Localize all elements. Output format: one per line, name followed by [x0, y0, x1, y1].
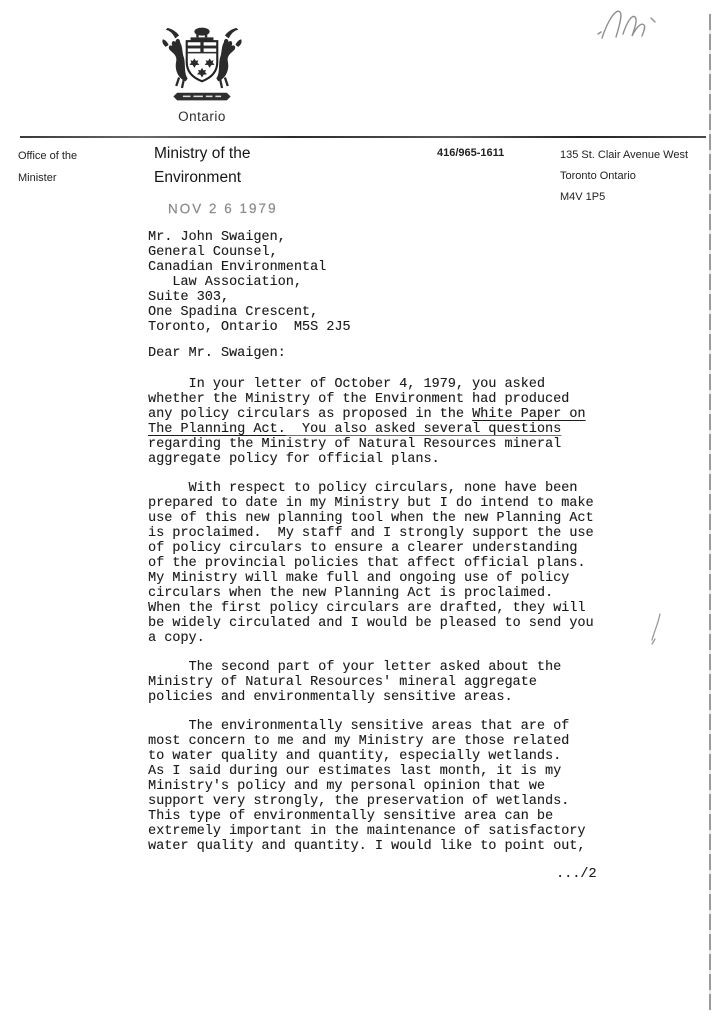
typed-line: water quality and quantity. I would like… — [148, 839, 628, 854]
page-continuation-marker: .../2 — [556, 867, 597, 882]
ontario-wordmark: Ontario — [150, 109, 254, 124]
typed-line: extremely important in the maintenance o… — [148, 824, 628, 839]
paragraph: In your letter of October 4, 1979, you a… — [148, 377, 628, 467]
typed-text: With respect to policy circulars, none h… — [148, 481, 577, 496]
paragraph: With respect to policy circulars, none h… — [148, 481, 628, 646]
letter-body: Mr. John Swaigen, General Counsel, Canad… — [148, 230, 628, 868]
typed-line: regarding the Ministry of Natural Resour… — [148, 437, 628, 452]
typed-text: any policy circulars as proposed in the — [148, 407, 472, 422]
typed-line: support very strongly, the preservation … — [148, 794, 628, 809]
pen-scribble-icon — [596, 4, 672, 50]
typed-line: of policy circulars to ensure a clearer … — [148, 541, 628, 556]
ministry-name-line2: Environment — [154, 166, 250, 190]
typed-text: policies and environmentally sensitive a… — [148, 690, 513, 705]
typed-text: This type of environmentally sensitive a… — [148, 809, 553, 824]
typed-text: to water quality and quantity, especiall… — [148, 749, 561, 764]
typed-text: regarding the Ministry of Natural Resour… — [148, 437, 561, 452]
typed-line: With respect to policy circulars, none h… — [148, 481, 628, 496]
typed-line: Ministry's policy and my personal opinio… — [148, 779, 628, 794]
paragraph: The second part of your letter asked abo… — [148, 660, 628, 705]
typed-line: prepared to date in my Ministry but I do… — [148, 496, 628, 511]
pen-tick-icon — [648, 612, 666, 652]
typed-line: The second part of your letter asked abo… — [148, 660, 628, 675]
typed-text: water quality and quantity. I would like… — [148, 839, 585, 854]
typed-text: a copy. — [148, 631, 205, 646]
typed-line: to water quality and quantity, especiall… — [148, 749, 628, 764]
typed-line: a copy. — [148, 631, 628, 646]
typed-line: aggregate policy for official plans. — [148, 452, 628, 467]
typed-text: In your letter of October 4, 1979, you a… — [148, 377, 545, 392]
typed-line: This type of environmentally sensitive a… — [148, 809, 628, 824]
letterhead-address-line3: M4V 1P5 — [560, 187, 688, 208]
typed-text: is proclaimed. My staff and I strongly s… — [148, 526, 594, 541]
typed-line: The environmentally sensitive areas that… — [148, 719, 628, 734]
typed-text: The second part of your letter asked abo… — [148, 660, 561, 675]
letter-paragraphs: In your letter of October 4, 1979, you a… — [148, 377, 628, 854]
typed-text: of policy circulars to ensure a clearer … — [148, 541, 577, 556]
recipient-line: Suite 303, — [148, 290, 628, 305]
typed-text: of the provincial policies that affect o… — [148, 556, 585, 571]
typed-text: most concern to me and my Ministry are t… — [148, 734, 569, 749]
office-label-line2: Minister — [18, 167, 77, 189]
typed-line: be widely circulated and I would be plea… — [148, 616, 628, 631]
underlined-text: The Planning Act. — [148, 422, 286, 437]
typed-text: whether the Ministry of the Environment … — [148, 392, 569, 407]
letterhead-logo: Ontario — [150, 24, 254, 124]
typed-text: When the first policy circulars are draf… — [148, 601, 585, 616]
typed-text: Ministry's policy and my personal opinio… — [148, 779, 545, 794]
letterhead-rule — [20, 136, 706, 138]
recipient-line: Canadian Environmental — [148, 260, 628, 275]
office-label: Office of the Minister — [18, 145, 77, 189]
typed-text: prepared to date in my Ministry but I do… — [148, 496, 594, 511]
typed-line: In your letter of October 4, 1979, you a… — [148, 377, 628, 392]
typed-text: extremely important in the maintenance o… — [148, 824, 585, 839]
typed-text: aggregate policy for official plans. — [148, 452, 440, 467]
ontario-coat-of-arms-icon — [154, 24, 250, 108]
typed-text: support very strongly, the preservation … — [148, 794, 569, 809]
typed-line: The Planning Act. You also asked several… — [148, 422, 628, 437]
letterhead-address-line2: Toronto Ontario — [560, 166, 688, 187]
typed-text: use of this new planning tool when the n… — [148, 511, 594, 526]
typed-line: As I said during our estimates last mont… — [148, 764, 628, 779]
underlined-text: White Paper on — [472, 407, 585, 422]
typed-line: most concern to me and my Ministry are t… — [148, 734, 628, 749]
typed-line: any policy circulars as proposed in the … — [148, 407, 628, 422]
recipient-line: One Spadina Crescent, — [148, 305, 628, 320]
scanned-letter-page: Ontario Office of the Minister Ministry … — [0, 0, 724, 1024]
salutation: Dear Mr. Swaigen: — [148, 346, 628, 361]
letterhead-address: 135 St. Clair Avenue West Toronto Ontari… — [560, 145, 688, 208]
scan-edge-line — [709, 14, 711, 1010]
recipient-line: Mr. John Swaigen, — [148, 230, 628, 245]
ministry-name: Ministry of the Environment — [154, 142, 250, 190]
recipient-line: General Counsel, — [148, 245, 628, 260]
typed-line: When the first policy circulars are draf… — [148, 601, 628, 616]
typed-text: Ministry of Natural Resources' mineral a… — [148, 675, 537, 690]
recipient-line: Toronto, Ontario M5S 2J5 — [148, 320, 628, 335]
typed-text: The environmentally sensitive areas that… — [148, 719, 569, 734]
typed-text: circulars when the new Planning Act is p… — [148, 586, 553, 601]
typed-line: Ministry of Natural Resources' mineral a… — [148, 675, 628, 690]
typed-line: is proclaimed. My staff and I strongly s… — [148, 526, 628, 541]
typed-line: My Ministry will make full and ongoing u… — [148, 571, 628, 586]
typed-line: whether the Ministry of the Environment … — [148, 392, 628, 407]
phone-number: 416/965-1611 — [437, 147, 504, 159]
typed-line: use of this new planning tool when the n… — [148, 511, 628, 526]
recipient-line: Law Association, — [148, 275, 628, 290]
date-stamp: NOV 2 6 1979 — [168, 201, 278, 217]
office-label-line1: Office of the — [18, 145, 77, 167]
typed-text: My Ministry will make full and ongoing u… — [148, 571, 569, 586]
underlined-text: You also asked several questions — [286, 422, 561, 437]
recipient-address: Mr. John Swaigen, General Counsel, Canad… — [148, 230, 628, 335]
typed-text: As I said during our estimates last mont… — [148, 764, 561, 779]
typed-line: policies and environmentally sensitive a… — [148, 690, 628, 705]
typed-line: of the provincial policies that affect o… — [148, 556, 628, 571]
ministry-name-line1: Ministry of the — [154, 142, 250, 166]
letterhead-address-line1: 135 St. Clair Avenue West — [560, 145, 688, 166]
typed-line: circulars when the new Planning Act is p… — [148, 586, 628, 601]
paragraph: The environmentally sensitive areas that… — [148, 719, 628, 854]
typed-text: be widely circulated and I would be plea… — [148, 616, 594, 631]
